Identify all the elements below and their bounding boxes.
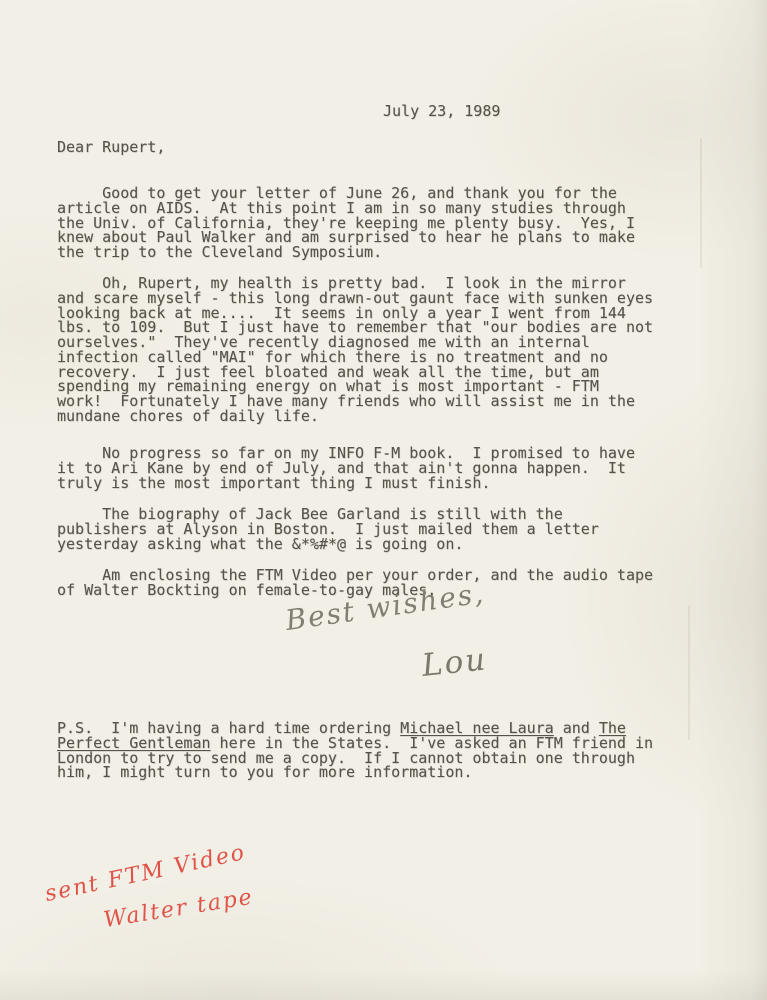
paragraph-enclosures: Am enclosing the FTM Video per your orde… (57, 568, 653, 598)
paragraph-opening: Good to get your letter of June 26, and … (57, 186, 635, 260)
paper-crease-top (700, 138, 702, 268)
salutation: Dear Rupert, (57, 140, 165, 155)
postscript: P.S. I'm having a hard time ordering Mic… (57, 721, 653, 780)
paragraph-health: Oh, Rupert, my health is pretty bad. I l… (57, 276, 653, 424)
letter-page: July 23, 1989 Dear Rupert, Good to get y… (0, 0, 767, 1000)
letter-date: July 23, 1989 (383, 104, 500, 119)
paragraph-jack-bee-garland: The biography of Jack Bee Garland is sti… (57, 507, 599, 551)
paragraph-info-fm-book: No progress so far on my INFO F-M book. … (57, 446, 635, 490)
red-annotation-walter-tape: Walter tape (102, 885, 255, 933)
handwritten-signature: Lou (420, 641, 489, 684)
paper-crease-bottom (688, 605, 690, 740)
ps-text: him, I might turn to you for more inform… (57, 763, 472, 781)
